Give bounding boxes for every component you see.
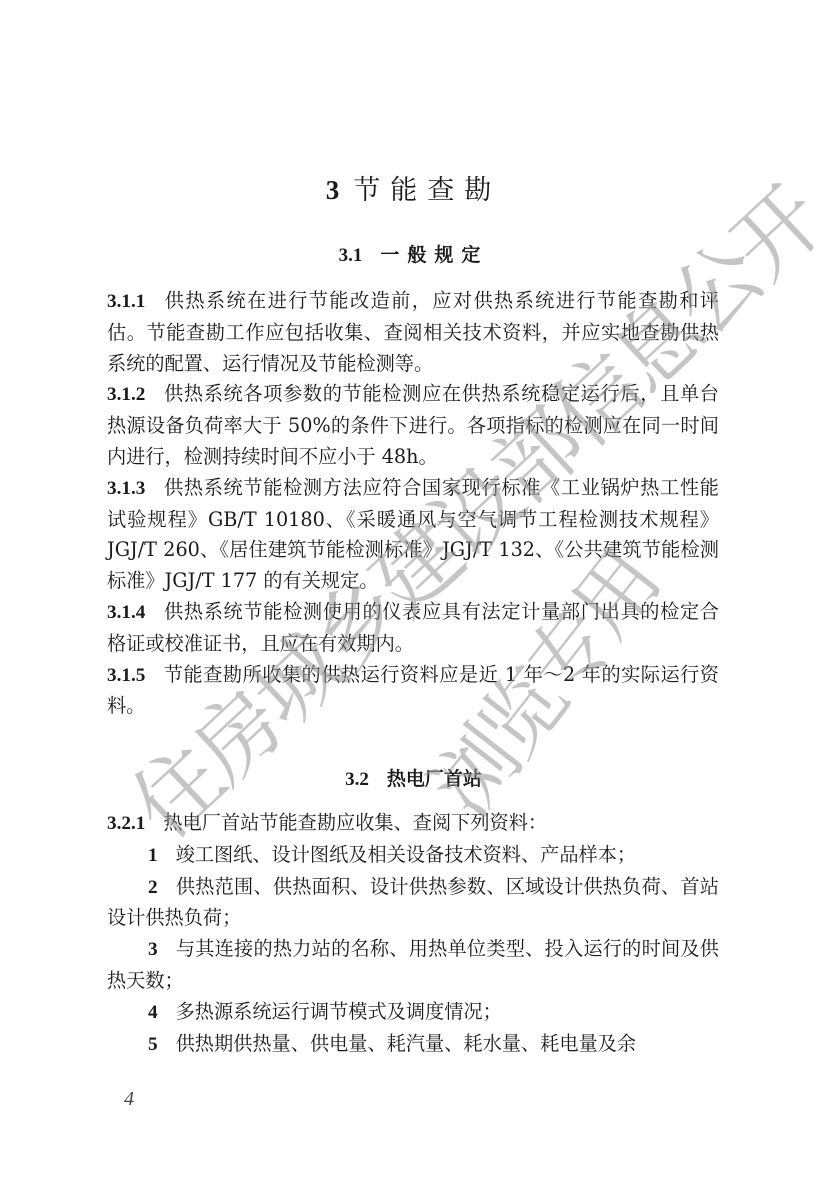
clause-3-1-1: 3.1.1供热系统在进行节能改造前，应对供热系统进行节能查勘和评估。节能查勘工作… [107,286,719,379]
clause-text: 热电厂首站节能查勘应收集、查阅下列资料： [163,811,547,834]
clause-text: 供热系统节能检测使用的仪表应具有法定计量部门出具的检定合格证或校准证书，且应在有… [107,600,719,655]
item-number: 1 [148,845,158,866]
list-item-4: 4多热源系统运行调节模式及调度情况； [107,997,719,1029]
item-text: 多热源系统运行调节模式及调度情况； [176,1000,502,1023]
item-number: 4 [148,1002,158,1023]
clause-3-2-1: 3.2.1热电厂首站节能查勘应收集、查阅下列资料： [107,808,719,840]
list-item-1: 1竣工图纸、设计图纸及相关设备技术资料、产品样本； [107,840,719,872]
document-page: 3节能查勘 3.1一般规定 3.1.1供热系统在进行节能改造前，应对供热系统进行… [0,0,827,1198]
item-text: 与其连接的热力站的名称、用热单位类型、投入运行的时间及供热天数； [107,937,719,992]
section-title-3-2: 3.2热电厂首站 [0,764,827,791]
section-title-text: 热电厂首站 [387,768,482,790]
list-item-5: 5供热期供热量、供电量、耗汽量、耗水量、耗电量及余 [107,1029,719,1061]
clause-3-1-4: 3.1.4供热系统节能检测使用的仪表应具有法定计量部门出具的检定合格证或校准证书… [107,597,719,660]
clause-number: 3.1.4 [107,602,145,623]
item-text: 供热期供热量、供电量、耗汽量、耗水量、耗电量及余 [176,1032,637,1055]
section-title-text: 一般规定 [380,244,488,266]
section-number: 3.1 [339,245,363,266]
clause-3-1-2: 3.1.2供热系统各项参数的节能检测应在供热系统稳定运行后，且单台热源设备负荷率… [107,379,719,472]
clause-number: 3.1.3 [107,478,145,499]
clause-number: 3.1.5 [107,665,145,686]
clause-text: 供热系统在进行节能改造前，应对供热系统进行节能查勘和评估。节能查勘工作应包括收集… [107,289,719,375]
clause-number: 3.2.1 [107,813,145,834]
section-3-1-body: 3.1.1供热系统在进行节能改造前，应对供热系统进行节能查勘和评估。节能查勘工作… [107,286,719,722]
item-text: 竣工图纸、设计图纸及相关设备技术资料、产品样本； [176,843,637,866]
clause-3-1-3: 3.1.3供热系统节能检测方法应符合国家现行标准《工业锅炉热工性能试验规程》GB… [107,473,719,597]
chapter-title-text: 节能查勘 [353,175,501,206]
item-number: 2 [148,877,158,898]
chapter-number: 3 [326,175,340,205]
list-item-2: 2供热范围、供热面积、设计供热参数、区域设计供热负荷、首站设计供热负荷； [107,872,719,935]
section-number: 3.2 [345,769,369,790]
clause-number: 3.1.2 [107,384,145,405]
clause-3-1-5: 3.1.5节能查勘所收集的供热运行资料应是近 1 年～2 年的实际运行资料。 [107,660,719,723]
section-title-3-1: 3.1一般规定 [0,240,827,267]
item-number: 3 [148,939,158,960]
item-text: 供热范围、供热面积、设计供热参数、区域设计供热负荷、首站设计供热负荷； [107,875,719,930]
chapter-title: 3节能查勘 [0,168,827,207]
clause-text: 节能查勘所收集的供热运行资料应是近 1 年～2 年的实际运行资料。 [107,663,719,718]
clause-number: 3.1.1 [107,291,145,312]
page-number: 4 [124,1088,134,1111]
list-item-3: 3与其连接的热力站的名称、用热单位类型、投入运行的时间及供热天数； [107,934,719,997]
section-3-2-body: 3.2.1热电厂首站节能查勘应收集、查阅下列资料： 1竣工图纸、设计图纸及相关设… [107,808,719,1060]
clause-text: 供热系统各项参数的节能检测应在供热系统稳定运行后，且单台热源设备负荷率大于 50… [107,382,719,468]
clause-text: 供热系统节能检测方法应符合国家现行标准《工业锅炉热工性能试验规程》GB/T 10… [107,476,719,592]
item-number: 5 [148,1034,158,1055]
